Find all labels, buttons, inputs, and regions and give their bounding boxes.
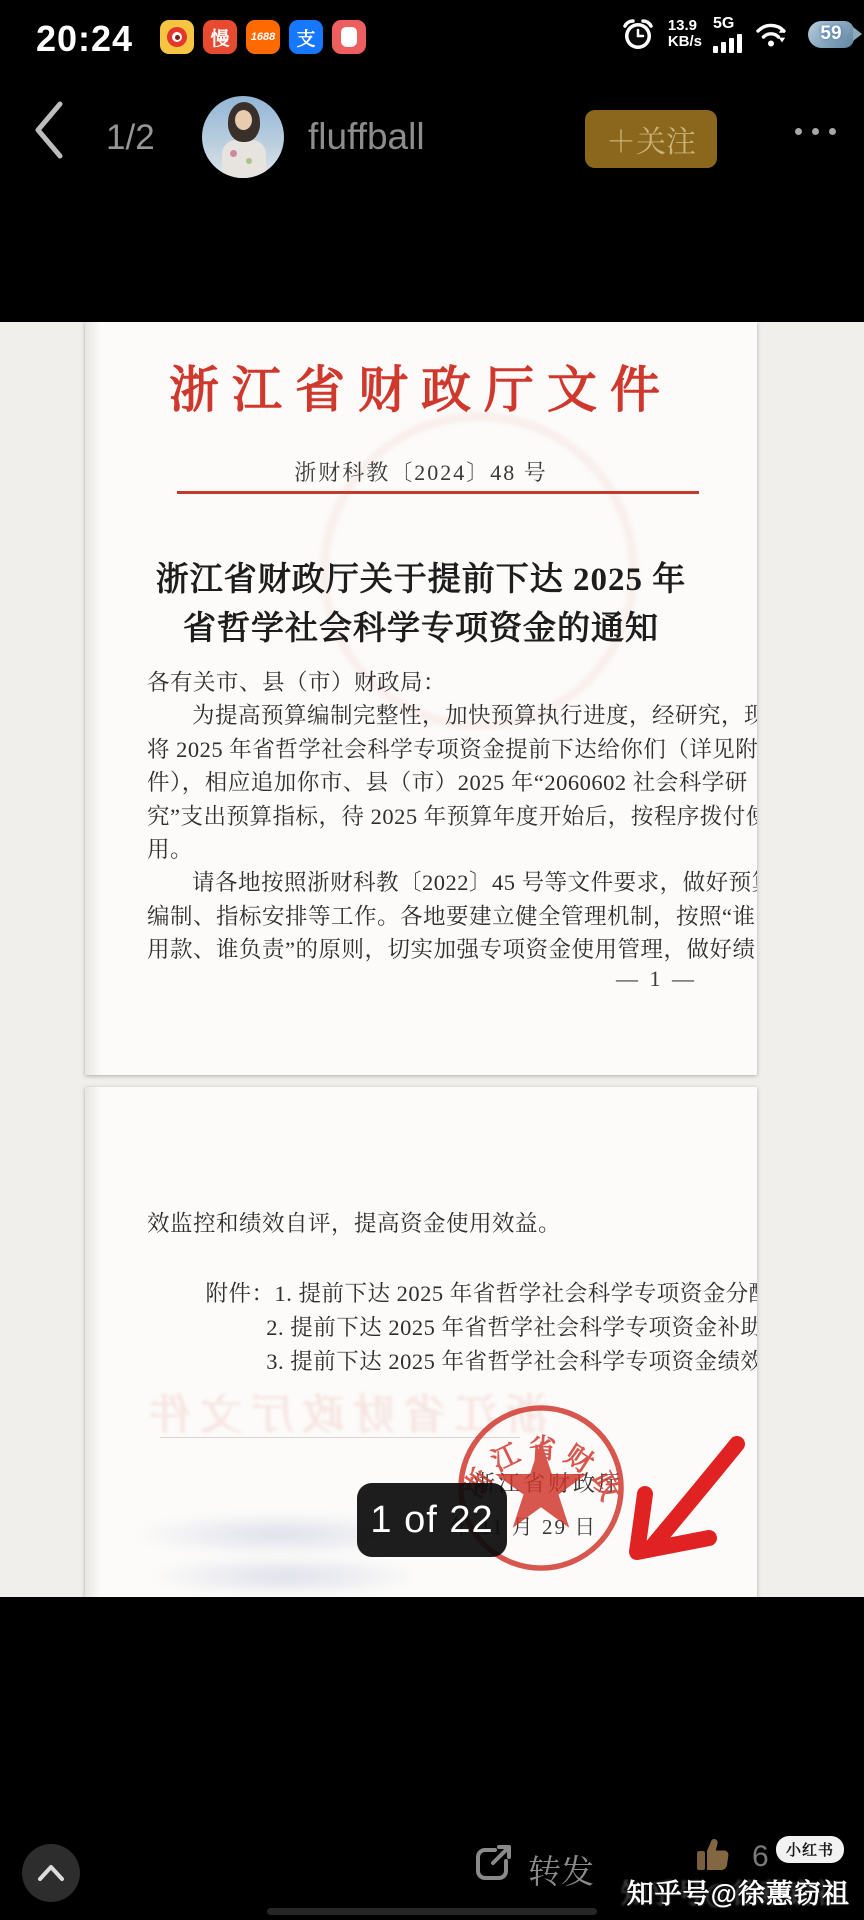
document-org-title: 浙江省财政厅文件 [85, 350, 757, 422]
network-type-label: 5G [713, 16, 742, 31]
share-label[interactable]: 转发 [528, 1846, 594, 1893]
avatar-figure [222, 140, 266, 178]
watermark-text: 知乎号@徐蕙窃祖 [627, 1872, 850, 1911]
scroll-top-button[interactable] [22, 1844, 80, 1902]
bottom-bar: 转发 6 小红书 知乎号@徐蕙窃祖 [0, 1800, 864, 1920]
home-indicator[interactable] [267, 1908, 597, 1915]
post-image[interactable]: 浙江省财政厅文件 浙财科教〔2024〕48 号 浙江省财政厅关于提前下达 202… [0, 322, 864, 1597]
alibaba-1688-icon: 1688 [246, 20, 280, 54]
follow-button[interactable]: ＋关注 [585, 110, 717, 168]
doc-body-line: 件），相应追加你市、县（市）2025 年“2060602 社会科学研 [147, 766, 707, 799]
back-icon[interactable] [24, 96, 72, 164]
network-speed: 13.9 KB/s [668, 18, 702, 50]
document-page-1: 浙江省财政厅文件 浙财科教〔2024〕48 号 浙江省财政厅关于提前下达 202… [85, 322, 757, 1075]
back-page-bleed-blue [145, 1555, 425, 1597]
image-page-indicator: 1/2 [106, 118, 155, 158]
image-counter-badge: 1 of 22 [357, 1483, 507, 1557]
doc2-body-line: 效监控和绩效自评，提高资金使用效益。 [147, 1207, 707, 1240]
weibo-icon [160, 20, 194, 54]
attachments-line: 2. 提前下达 2025 年省哲学社会科学专项资金补助明细表 [147, 1311, 727, 1344]
doc-body-line: 请各地按照浙财科教〔2022〕45 号等文件要求，做好预算 [147, 866, 707, 899]
follow-label: ＋关注 [606, 117, 696, 161]
document-heading-line2: 省哲学社会科学专项资金的通知 [85, 605, 757, 654]
thumbs-up-icon[interactable] [690, 1830, 738, 1878]
signal-bars-icon [713, 33, 742, 53]
chevron-up-icon [36, 1863, 66, 1883]
alarm-clock-icon [619, 14, 657, 54]
wifi-icon [753, 16, 797, 52]
alipay-icon: 支 [289, 20, 323, 54]
document-number: 浙财科教〔2024〕48 号 [85, 456, 757, 487]
alipay-glyph: 支 [296, 24, 315, 51]
manman-glyph: 慢 [210, 24, 229, 51]
page-number: — 1 — [616, 966, 697, 992]
manman-app-icon: 慢 [203, 20, 237, 54]
platform-badge: 小红书 [776, 1836, 844, 1863]
attachments-line: 附件：1. 提前下达 2025 年省哲学社会科学专项资金分配表 [147, 1277, 727, 1310]
red-rule [177, 491, 699, 494]
red-annotation-arrow [615, 1432, 755, 1592]
app-screen: 20:24 慢 1688 支 [0, 0, 864, 1920]
share-icon[interactable] [468, 1840, 516, 1888]
battery-percent: 59 [820, 23, 841, 45]
doc-body-line: 用。 [147, 833, 707, 866]
doc-body-line: 各有关市、县（市）财政局： [147, 666, 707, 699]
battery-fish-tail [853, 27, 862, 41]
doc-body-line: 为提高预算编制完整性，加快预算执行进度，经研究，现 [147, 699, 707, 732]
doc-body-line: 用款、谁负责”的原则，切实加强专项资金使用管理，做好绩 [147, 933, 707, 966]
alibaba-glyph: 1688 [251, 31, 275, 43]
viewer-header: 1/2 fluffball ＋关注 [0, 80, 864, 170]
status-bar: 20:24 慢 1688 支 [0, 0, 864, 72]
battery-indicator: 59 [808, 21, 854, 48]
more-options-icon[interactable] [795, 128, 836, 135]
doc-body-line: 将 2025 年省哲学社会科学专项资金提前下达给你们（详见附 [147, 733, 707, 766]
clock-time: 20:24 [36, 18, 133, 60]
doc-body-line: 究”支出预算指标，待 2025 年预算年度开始后，按程序拨付使 [147, 800, 707, 833]
like-count: 6 [752, 1840, 769, 1874]
cellular-signal: 5G [713, 16, 742, 53]
attachments-line: 3. 提前下达 2025 年省哲学社会科学专项资金绩效目标表 [147, 1345, 727, 1378]
document-heading-line1: 浙江省财政厅关于提前下达 2025 年 [85, 556, 757, 605]
document-body: 各有关市、县（市）财政局： 为提高预算编制完整性，加快预算执行进度，经研究，现 … [147, 666, 707, 967]
image-counter-text: 1 of 22 [370, 1499, 493, 1542]
doc-body-line: 编制、指标安排等工作。各地要建立健全管理机制，按照“谁 [147, 900, 707, 933]
avatar[interactable] [202, 96, 284, 178]
username[interactable]: fluffball [308, 116, 425, 158]
notification-app-icon [332, 20, 366, 54]
